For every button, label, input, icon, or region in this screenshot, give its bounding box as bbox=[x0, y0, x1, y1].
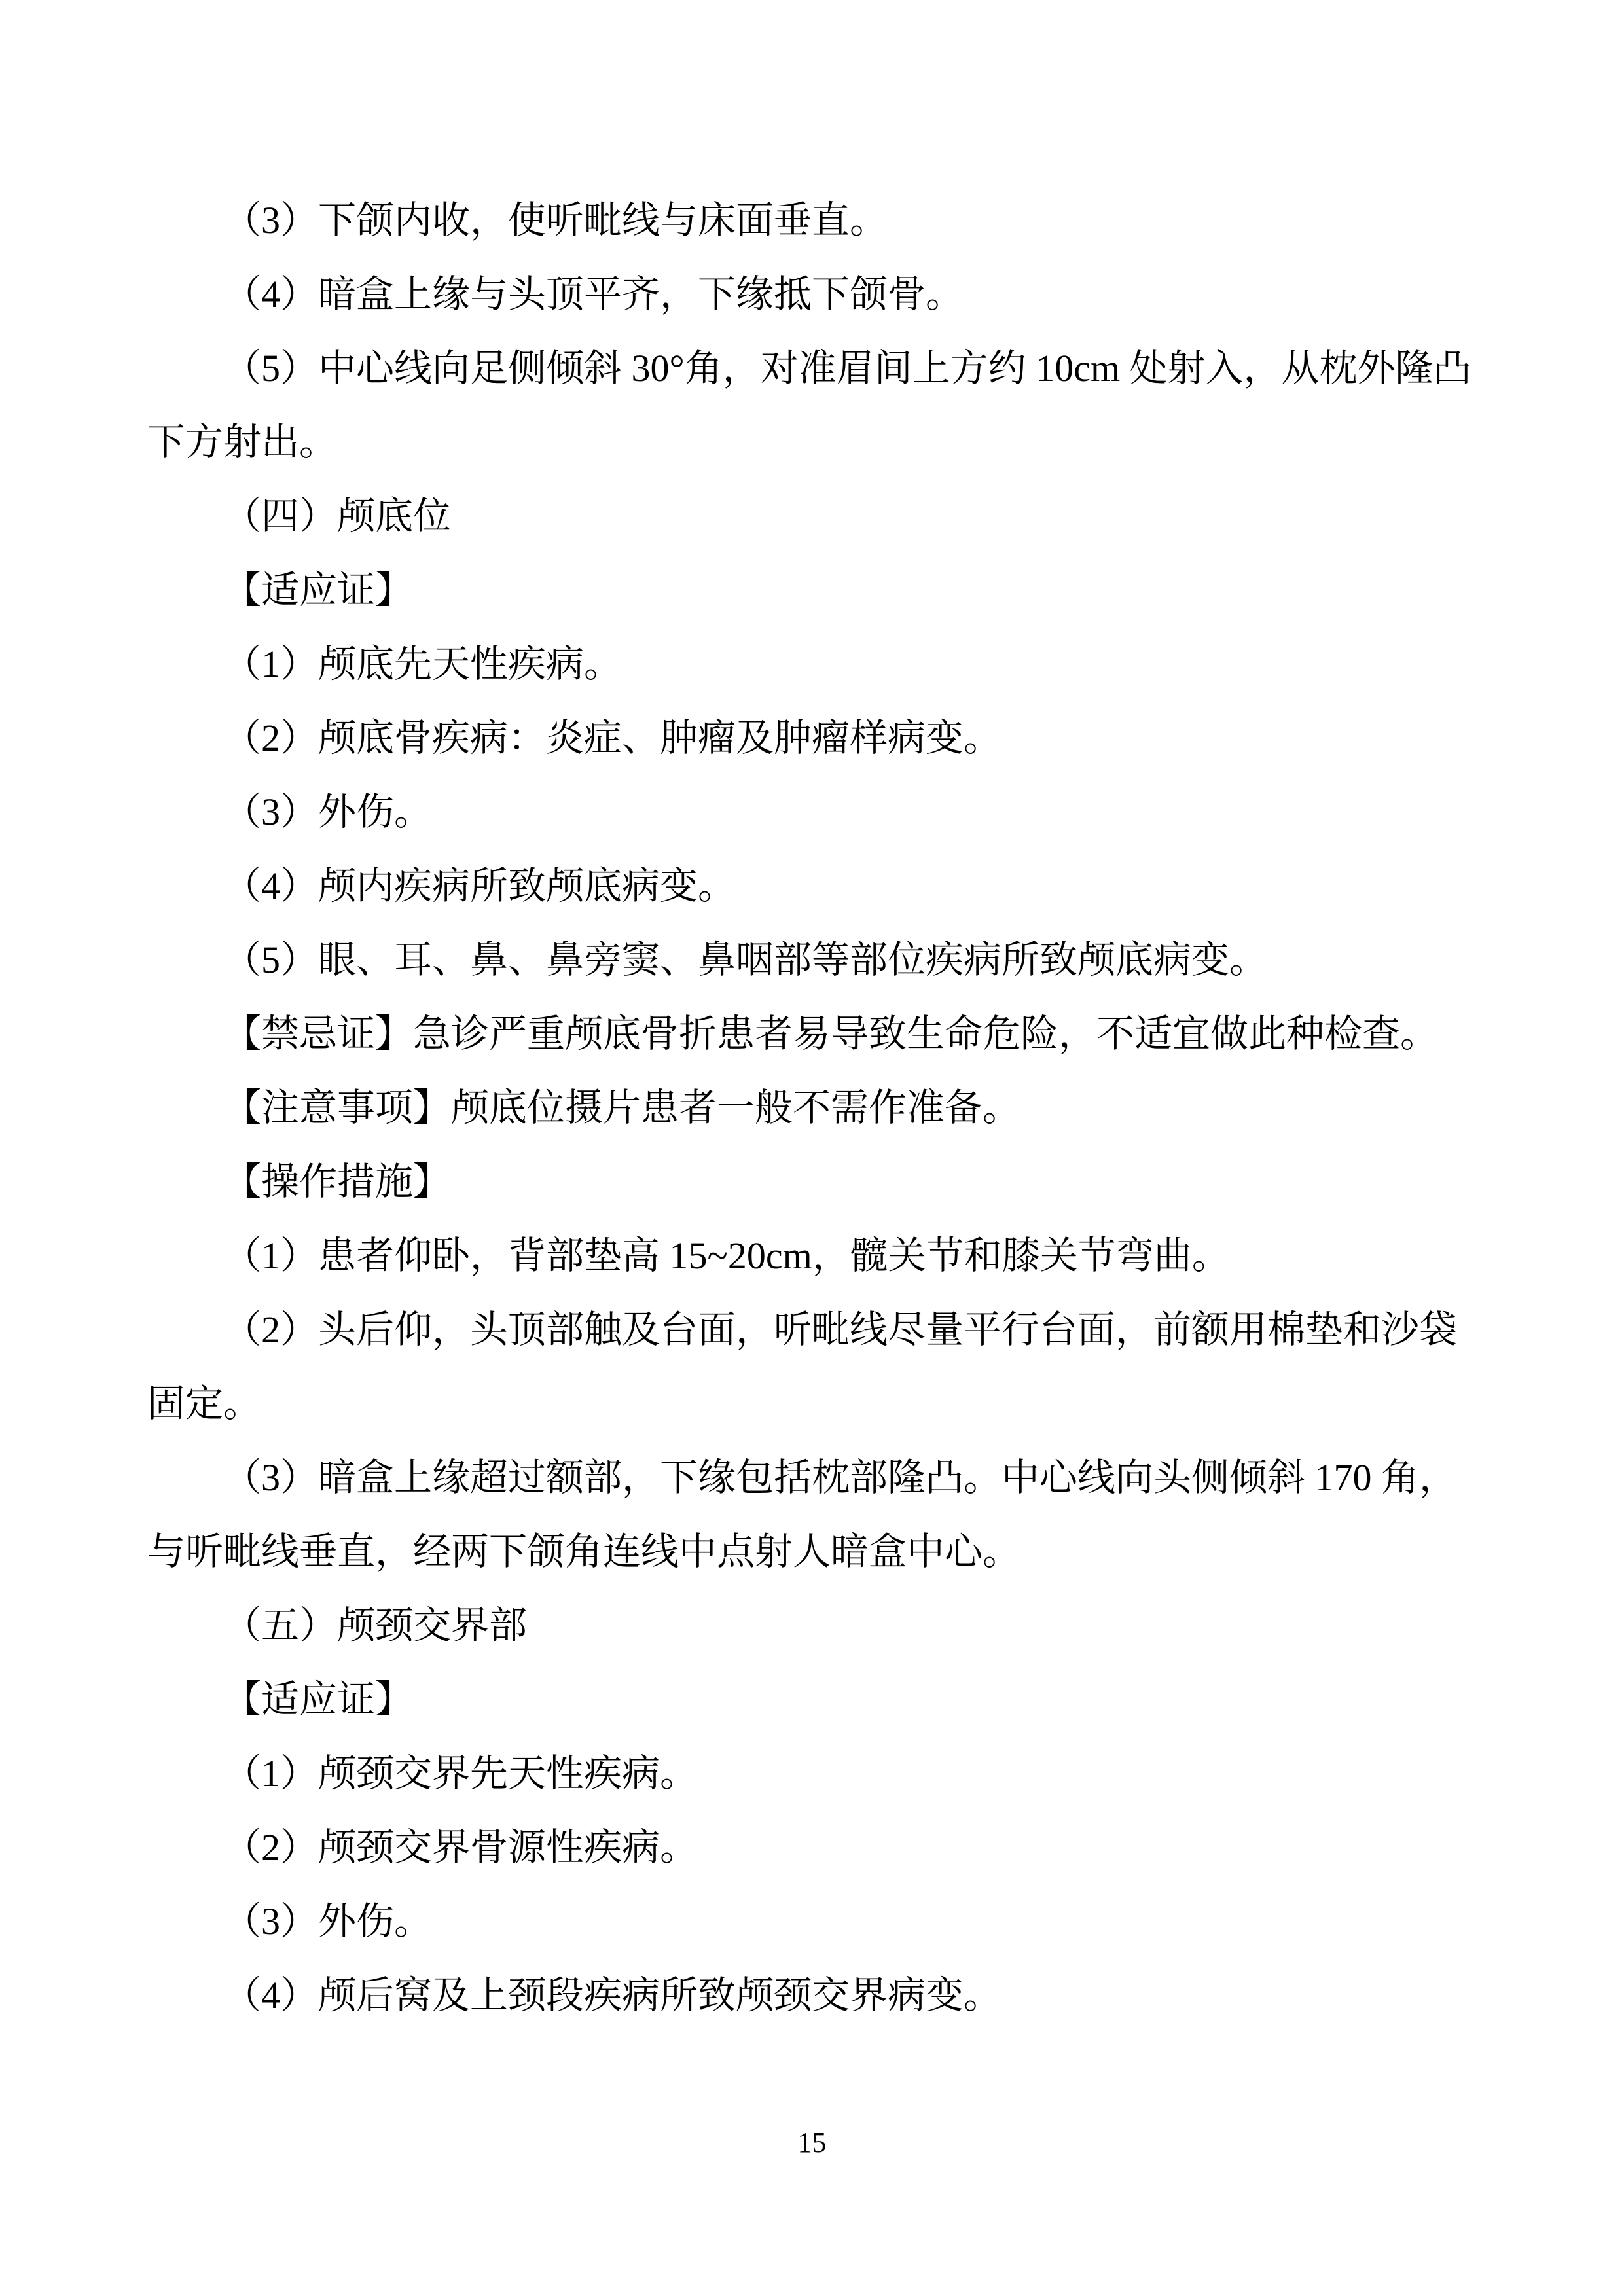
section-heading: （四）颅底位 bbox=[147, 479, 1496, 553]
paragraph-line: 与听毗线垂直，经两下颌角连线中点射人暗盒中心。 bbox=[147, 1515, 1496, 1588]
paragraph-line: 【注意事项】颅底位摄片患者一般不需作准备。 bbox=[147, 1071, 1496, 1145]
label-heading: 【适应证】 bbox=[147, 553, 1496, 627]
paragraph-line: （3）暗盒上缘超过额部，下缘包括枕部隆凸。中心线向头侧倾斜 170 角， bbox=[147, 1441, 1496, 1515]
paragraph-line: （3）下颌内收，使听毗线与床面垂直。 bbox=[147, 183, 1496, 257]
paragraph-line: 下方射出。 bbox=[147, 405, 1496, 479]
paragraph-line: （1）颅底先天性疾病。 bbox=[147, 627, 1496, 701]
page-number: 15 bbox=[0, 2126, 1624, 2160]
paragraph-line: 固定。 bbox=[147, 1367, 1496, 1441]
paragraph-line: （5）眼、耳、鼻、鼻旁窦、鼻咽部等部位疾病所致颅底病变。 bbox=[147, 923, 1496, 997]
paragraph-line: （2）头后仰，头顶部触及台面，听毗线尽量平行台面，前额用棉垫和沙袋 bbox=[147, 1293, 1496, 1367]
paragraph-line: （1）颅颈交界先天性疾病。 bbox=[147, 1736, 1496, 1810]
paragraph-line: （4）颅后窝及上颈段疾病所致颅颈交界病变。 bbox=[147, 1958, 1496, 2032]
paragraph-line: （2）颅底骨疾病：炎症、肿瘤及肿瘤样病变。 bbox=[147, 701, 1496, 775]
document-page: （3）下颌内收，使听毗线与床面垂直。 （4）暗盒上缘与头顶平齐，下缘抵下颌骨。 … bbox=[0, 0, 1624, 2296]
label-heading: 【操作措施】 bbox=[147, 1145, 1496, 1219]
text-body: （3）下颌内收，使听毗线与床面垂直。 （4）暗盒上缘与头顶平齐，下缘抵下颌骨。 … bbox=[147, 183, 1496, 2032]
paragraph-line: 【禁忌证】急诊严重颅底骨折患者易导致生命危险，不适宜做此种检查。 bbox=[147, 997, 1496, 1071]
paragraph-line: （1）患者仰卧，背部垫高 15~20cm，髋关节和膝关节弯曲。 bbox=[147, 1219, 1496, 1293]
paragraph-line: （2）颅颈交界骨源性疾病。 bbox=[147, 1810, 1496, 1884]
section-heading: （五）颅颈交界部 bbox=[147, 1588, 1496, 1662]
paragraph-line: （5）中心线向足侧倾斜 30°角，对准眉间上方约 10cm 处射入，从枕外隆凸 bbox=[147, 331, 1496, 405]
paragraph-line: （3）外伤。 bbox=[147, 1884, 1496, 1958]
paragraph-line: （3）外伤。 bbox=[147, 775, 1496, 849]
paragraph-line: （4）颅内疾病所致颅底病变。 bbox=[147, 849, 1496, 923]
label-heading: 【适应证】 bbox=[147, 1662, 1496, 1736]
paragraph-line: （4）暗盒上缘与头顶平齐，下缘抵下颌骨。 bbox=[147, 257, 1496, 331]
